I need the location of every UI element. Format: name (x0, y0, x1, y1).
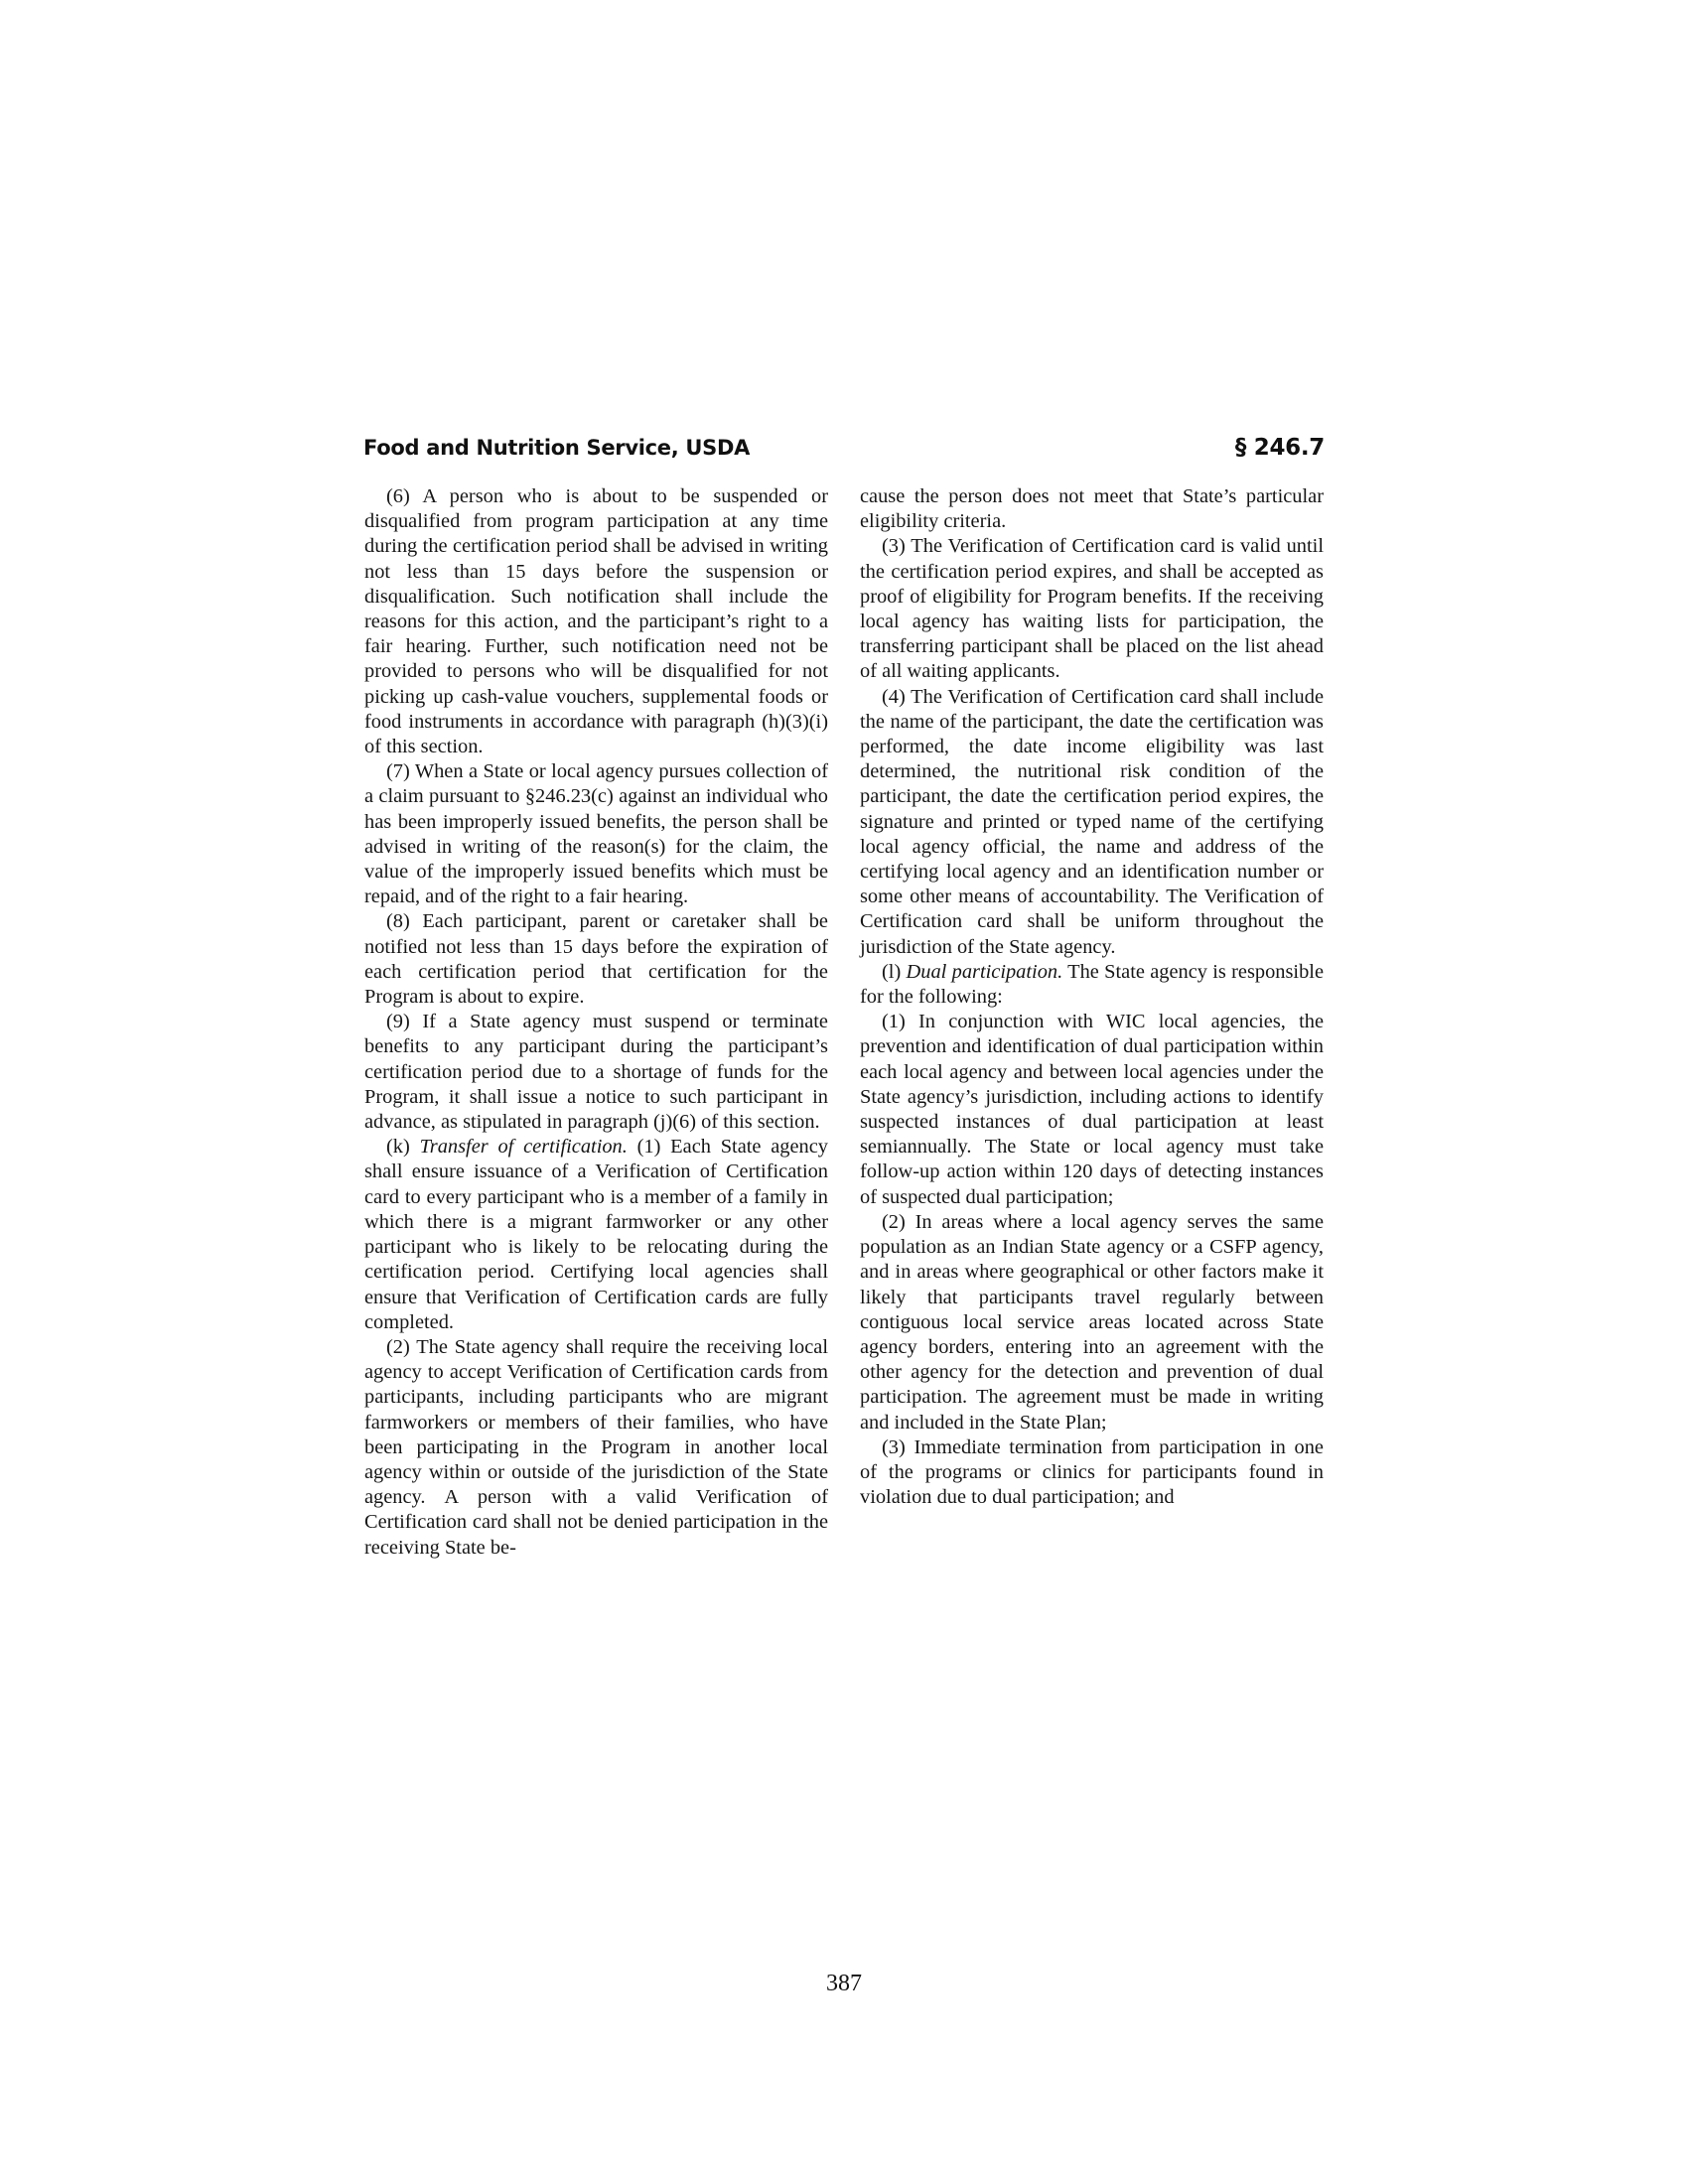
paragraph-j8: (8) Each participant, parent or caretake… (364, 909, 828, 1010)
paragraph-k3: (3) The Verification of Certification ca… (860, 534, 1324, 684)
page-number: 387 (0, 1971, 1688, 1997)
paragraph-j9: (9) If a State agency must suspend or te… (364, 1010, 828, 1135)
paragraph-l1: (1) In conjunction with WIC local agenci… (860, 1010, 1324, 1210)
running-header: Food and Nutrition Service, USDA § 246.7 (363, 433, 1325, 463)
right-column: cause the person does not meet that Stat… (860, 484, 1324, 1510)
paragraph-k2-continued: cause the person does not meet that Stat… (860, 484, 1324, 534)
paragraph-k-label: (k) (386, 1136, 410, 1158)
paragraph-l-heading: Dual participation. (907, 961, 1063, 983)
section-number: § 246.7 (1235, 435, 1325, 461)
paragraph-l: (l) Dual participation. The State agency… (860, 960, 1324, 1010)
paragraph-l3: (3) Immediate termination from participa… (860, 1435, 1324, 1511)
paragraph-j6: (6) A person who is about to be suspende… (364, 484, 828, 759)
paragraph-k2: (2) The State agency shall require the r… (364, 1335, 828, 1561)
paragraph-k1: (k) Transfer of certification. (1) Each … (364, 1135, 828, 1335)
paragraph-k4: (4) The Verification of Certification ca… (860, 685, 1324, 960)
paragraph-k-heading: Transfer of certification. (420, 1136, 628, 1158)
paragraph-j7: (7) When a State or local agency pursues… (364, 759, 828, 909)
agency-title: Food and Nutrition Service, USDA (363, 436, 750, 460)
paragraph-l2: (2) In areas where a local agency serves… (860, 1210, 1324, 1435)
paragraph-k1-text: (1) Each State agency shall ensure issua… (364, 1136, 828, 1332)
document-page: Food and Nutrition Service, USDA § 246.7… (0, 0, 1688, 2184)
paragraph-l-label: (l) (882, 961, 901, 983)
left-column: (6) A person who is about to be suspende… (364, 484, 828, 1561)
